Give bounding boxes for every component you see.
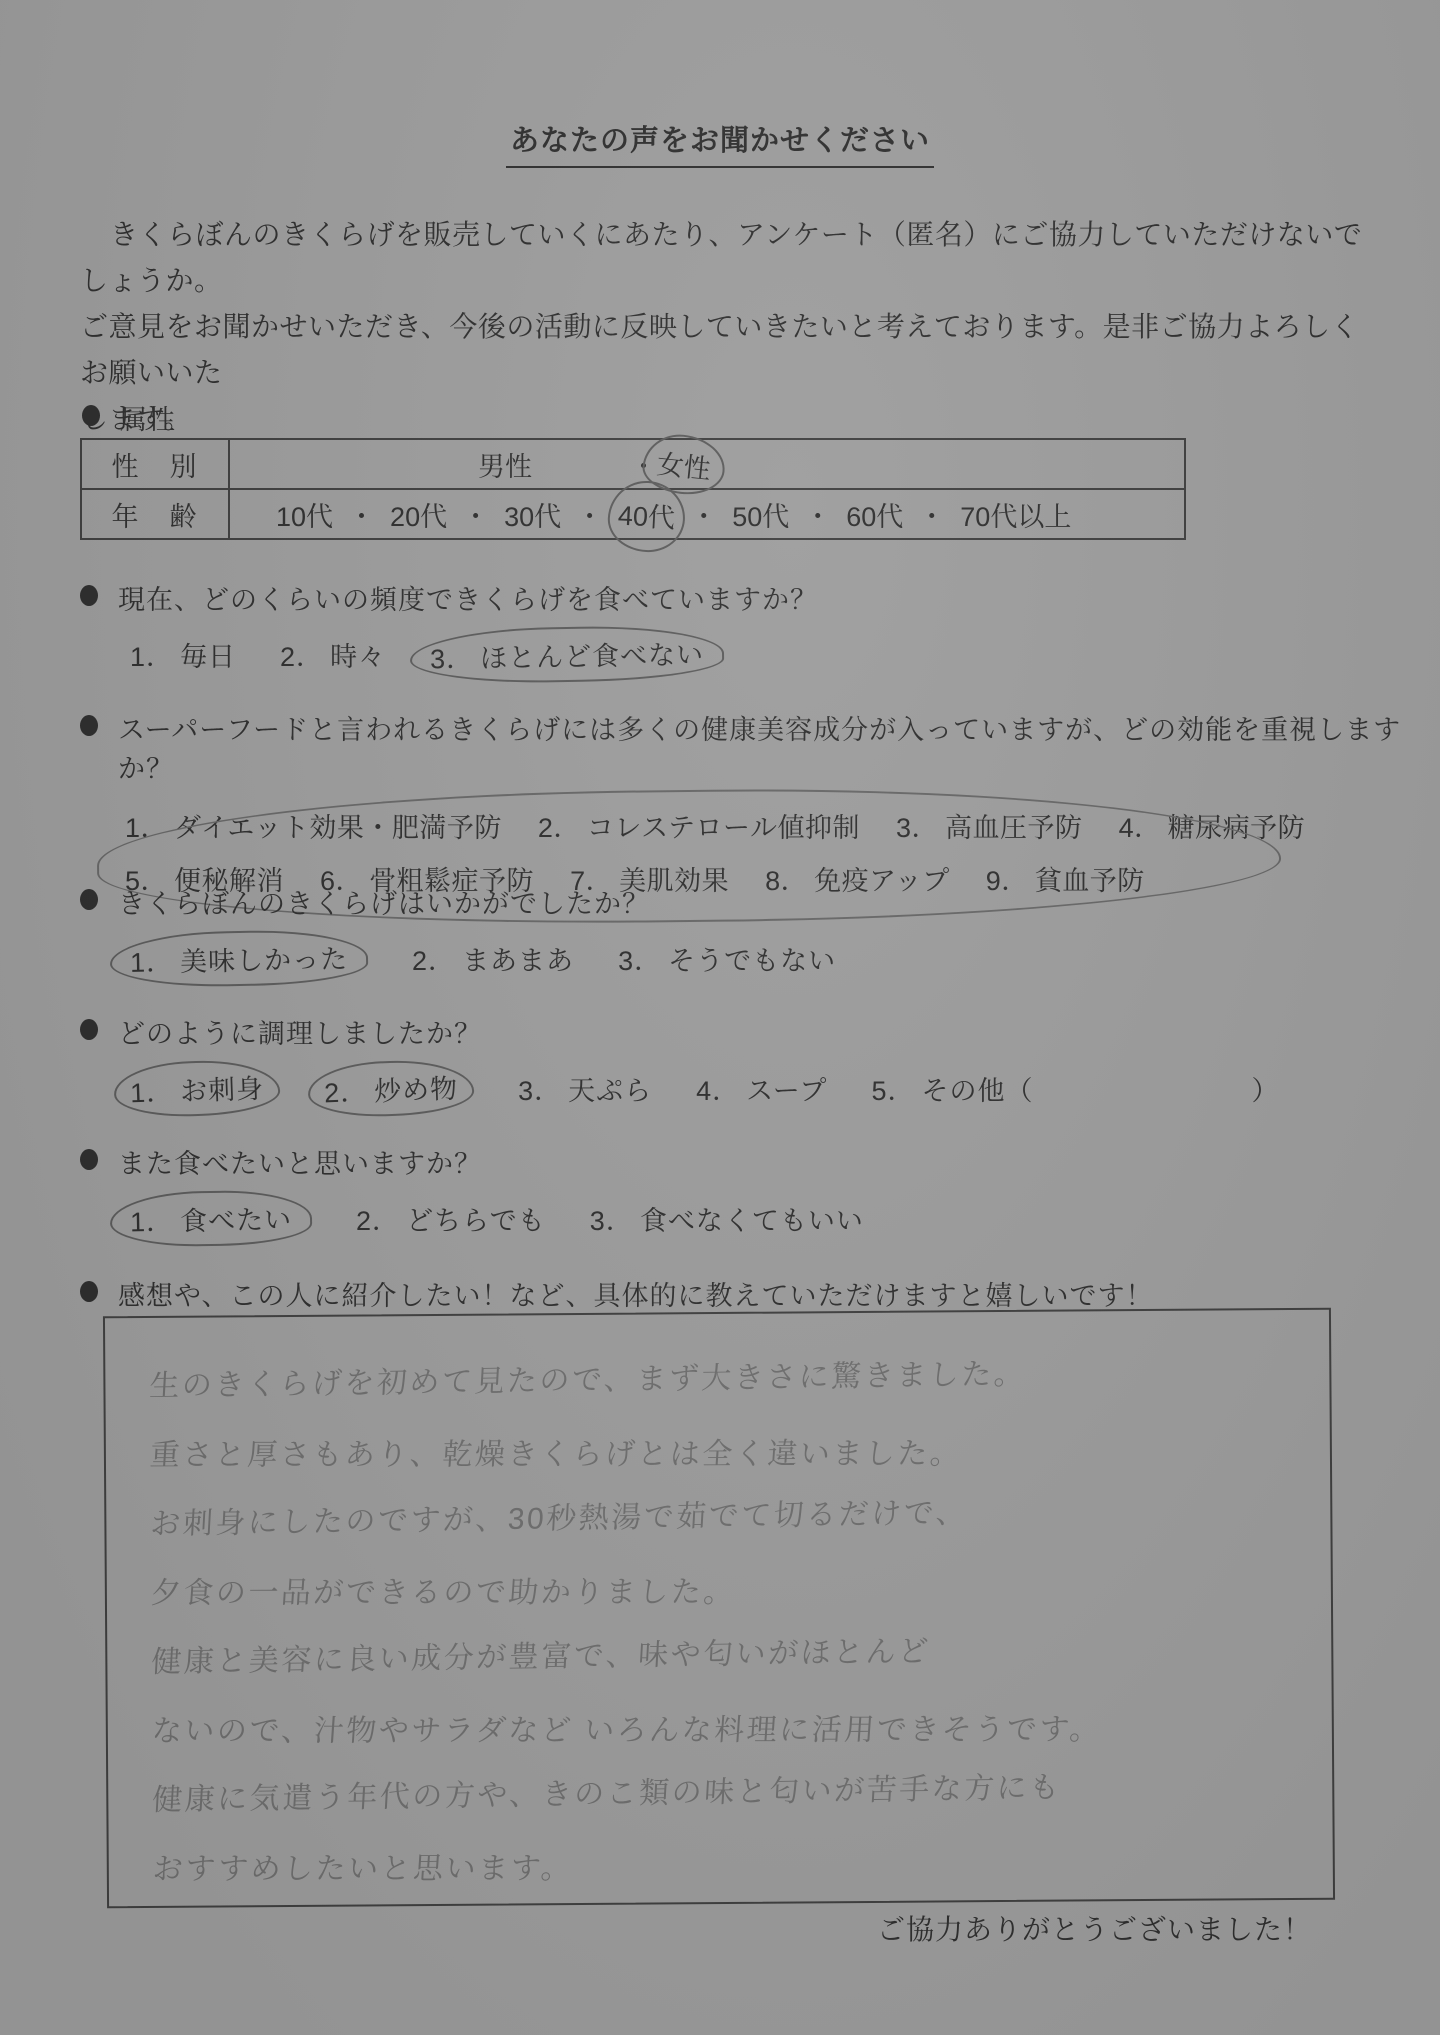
question-prompt: また食べたいと思いますか？ <box>118 1142 482 1181</box>
handwritten-line: 生のきくらげを初めて見たので、まず大きさに驚きました。 <box>148 1336 1312 1421</box>
option-male: 男性 <box>478 445 532 484</box>
option-soup: 4． スープ <box>696 1069 827 1108</box>
attributes-section-header: 属性 <box>82 398 176 437</box>
option-delicious-circled: 1． 美味しかった <box>110 929 369 988</box>
option-sometimes: 2． 時々 <box>280 635 386 674</box>
option-soso: 2． まあまあ <box>412 939 574 978</box>
option-age-30s: 30代 <box>504 495 561 534</box>
intro-line-1: きくらぼんのきくらげを販売していくにあたり、アンケート（匿名）にご協力していただ… <box>80 212 1370 304</box>
bullet-icon <box>80 715 98 736</box>
option-other: 5． その他（ ） <box>871 1069 1279 1108</box>
gender-row-label: 性 別 <box>81 439 229 489</box>
question-cooking-method: どのように調理しましたか？ 1． お刺身 2． 炒め物 3． 天ぷら 4． スー… <box>80 1012 1323 1108</box>
option-age-10s: 10代 <box>276 495 333 534</box>
question-free-comment: 感想や、この人に紹介したい！など、具体的に教えていただけますと嬉しいです！ <box>80 1274 1153 1313</box>
thanks-message: ご協力ありがとうございました！ <box>877 1908 1312 1948</box>
option-want-to-eat-circled: 1． 食べたい <box>110 1189 313 1248</box>
intro-line-2: ご意見をお聞かせいただき、今後の活動に反映していきたいと考えております。是非ご協… <box>80 304 1370 396</box>
question-eat-again: また食べたいと思いますか？ 1． 食べたい 2． どちらでも 3． 食べなくても… <box>80 1142 908 1238</box>
question-prompt: どのように調理しましたか？ <box>118 1012 482 1051</box>
handwritten-line: おすすめしたいと思います。 <box>150 1833 1315 1904</box>
option-not-really: 3． そうでもない <box>618 939 836 978</box>
option-age-50s: 50代 <box>732 495 789 534</box>
question-taste: きくらぼんのきくらげはいかがでしたか？ 1． 美味しかった 2． まあまあ 3．… <box>80 882 880 978</box>
question-prompt: きくらぼんのきくらげはいかがでしたか？ <box>118 882 650 921</box>
question-prompt: 現在、どのくらいの頻度できくらげを食べていますか？ <box>118 578 818 617</box>
attributes-section-label: 属性 <box>120 398 176 437</box>
option-age-20s: 20代 <box>390 495 447 534</box>
option-stir-fry-circled: 2． 炒め物 <box>307 1058 475 1119</box>
separator-dot: ・ <box>690 495 717 534</box>
question-prompt: スーパーフードと言われるきくらげには多くの健康美容成分が入っていますが、どの効能… <box>118 708 1440 786</box>
question-frequency: 現在、どのくらいの頻度できくらげを食べていますか？ 1． 毎日 2． 時々 3．… <box>80 578 818 674</box>
option-age-40s-circled: 40代 <box>606 479 687 554</box>
table-row-age: 年 齢 10代 ・ 20代 ・ 30代 ・ 40代 ・ 50代 ・ 60代 ・ … <box>81 489 1185 539</box>
table-row-gender: 性 別 男性 ・ 女性 <box>81 439 1185 489</box>
bullet-icon <box>80 1149 98 1170</box>
option-rarely-eat-circled: 3． ほとんど食べない <box>410 624 725 684</box>
option-everyday: 1． 毎日 <box>130 635 236 674</box>
attributes-table: 性 別 男性 ・ 女性 年 齢 10代 ・ 20代 ・ 30代 ・ 40代 ・ <box>80 438 1186 540</box>
option-dont-need: 3． 食べなくてもいい <box>590 1199 864 1238</box>
bullet-icon <box>80 585 98 606</box>
bullet-icon <box>80 889 98 910</box>
bullet-icon <box>82 405 100 426</box>
bullet-icon <box>80 1019 98 1040</box>
comment-box: 生のきくらげを初めて見たので、まず大きさに驚きました。 重さと厚さもあり、乾燥き… <box>103 1308 1335 1909</box>
separator-dot: ・ <box>918 495 945 534</box>
age-row-label: 年 齢 <box>81 489 229 539</box>
separator-dot: ・ <box>576 495 603 534</box>
question-prompt: 感想や、この人に紹介したい！など、具体的に教えていただけますと嬉しいです！ <box>118 1274 1153 1313</box>
option-age-70s-plus: 70代以上 <box>960 495 1071 534</box>
option-sashimi-circled: 1． お刺身 <box>113 1058 281 1119</box>
separator-dot: ・ <box>348 495 375 534</box>
option-either-way: 2． どちらでも <box>356 1199 546 1238</box>
option-age-60s: 60代 <box>846 495 903 534</box>
intro-line-3: します。 <box>80 396 1370 442</box>
option-tempura: 3． 天ぷら <box>518 1069 652 1108</box>
intro-paragraph: きくらぼんのきくらげを販売していくにあたり、アンケート（匿名）にご協力していただ… <box>80 212 1370 442</box>
separator-dot: ・ <box>462 495 489 534</box>
bullet-icon <box>80 1281 98 1302</box>
separator-dot: ・ <box>804 495 831 534</box>
page-title: あなたの声をお聞かせください <box>0 118 1440 168</box>
